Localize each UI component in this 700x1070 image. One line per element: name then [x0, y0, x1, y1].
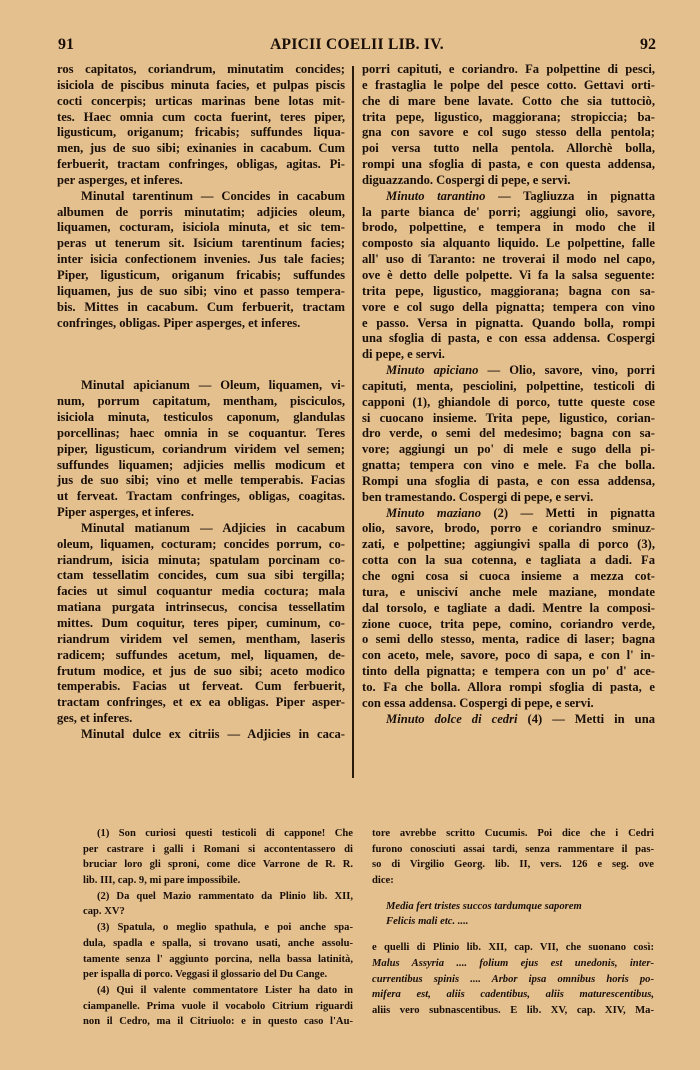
text-line: zati, e polpettine; aggiungivi spalla di…: [362, 537, 655, 553]
text-line: porcellinas; haec omnia in se coquantur.…: [57, 426, 345, 442]
text-line: riandrum, isicia minuta; spatulam porcin…: [57, 553, 345, 569]
footnote-line: ciampanelle. Prima vuole il vocabolo Cit…: [83, 999, 353, 1015]
text-line: temperabis. Facias ut ferveat. Cum ferbu…: [57, 679, 345, 695]
recipe-heading-line: Minuto tarantino — Tagliuzza in pignatta: [362, 189, 655, 205]
virgil-quote-line: Felicis mali etc. ....: [372, 914, 654, 930]
text-line: ben tramestando. Cospergi di pepe, e ser…: [362, 490, 655, 506]
text-line: e frastaglia le polpe del pesce cotto. G…: [362, 78, 655, 94]
text-line: ligusticum, origanum; fricabis; suffunde…: [57, 125, 345, 141]
text-line: che di mare bene lavate. Cotto che sia t…: [362, 94, 655, 110]
footnote-3: (3) Spatula, o meglio spathula, e poi an…: [83, 920, 353, 936]
text-line: Piper, ligusticum, origanum fricabis; su…: [57, 268, 345, 284]
text-line: albumen de porris minutatim; adjicies ol…: [57, 205, 345, 221]
footnotes-left: (1) Son curiosi questi testicoli di capp…: [83, 826, 353, 1030]
text-line: confringes, obligas. Piper asperges, et …: [57, 316, 345, 332]
text-line: cocti concerpis; urticas marinas bene lo…: [57, 94, 345, 110]
text-line: Piper asperges, et inferes.: [57, 505, 345, 521]
text-line: si cuocano insieme. Trita pepe, ligustic…: [362, 411, 655, 427]
text-line: vore e col sugo della pignatta; tempera …: [362, 300, 655, 316]
text-line: trita pepe, ligustico, maggiorana; strop…: [362, 110, 655, 126]
recipe-heading-line: Minutal apicianum — Oleum, liquamen, vi-: [57, 378, 345, 394]
text-line: gnatta; tempera con vino e mele. Fa che …: [362, 458, 655, 474]
text-line: peras ut tenerum sit. Isicium tarentinum…: [57, 236, 345, 252]
text-line: matiana purgata intrinsecus, concisa tes…: [57, 600, 345, 616]
text-line: oleum, liquamen, cocturam; concides porr…: [57, 537, 345, 553]
footnote-line: aliis vero subnascentibus. E lib. XV, ca…: [372, 1003, 654, 1019]
footnote-line: tamente senza l' aggiunto porcina, nella…: [83, 952, 353, 968]
recipe-title: Minuto dolce di cedri: [386, 712, 517, 726]
text-line: num, porrum capitatum, mentham, piscicul…: [57, 394, 345, 410]
text-line: bis. Mittes in cacabum. Cum ferbuerit, t…: [57, 300, 345, 316]
text-line: liquamen, jus de suo sibi; vino et passo…: [57, 284, 345, 300]
footnote-line: lib. III, cap. 9, mi pare impossibile.: [83, 873, 353, 889]
text-line: composto sia alquanto liquido. Le polpet…: [362, 236, 655, 252]
footnote-line: cap. XV?: [83, 904, 353, 920]
text-line: dro verde, o semi del medesimo; bagna co…: [362, 426, 655, 442]
text-line: tes. Haec omnia cum cocta fuerint, teres…: [57, 110, 345, 126]
text-line: tura, e unisciví anche mele maziane, mon…: [362, 585, 655, 601]
text-line: dal torsolo, e tagliate a dadi. Mentre l…: [362, 601, 655, 617]
text-line: zione cuoce, trita pepe, comino, coriand…: [362, 617, 655, 633]
pliny-quote-line: Malus Assyria .... folium ejus est unedo…: [372, 956, 654, 972]
text-line: capituti, menta, pesciolini, polpettine,…: [362, 379, 655, 395]
column-divider: [352, 66, 354, 778]
text-line: una sfoglia di pasta, e con essa addensa…: [362, 331, 655, 347]
footnote-4: (4) Qui il valente commentatore Lister h…: [83, 983, 353, 999]
text-line: rompi una sfoglia di pasta, e con questa…: [362, 157, 655, 173]
paragraph-gap: [57, 331, 345, 378]
virgil-quote-line: Media fert tristes succos tardumque sapo…: [372, 899, 654, 915]
text-line: isiciola minuta, testiculos caponum, gla…: [57, 410, 345, 426]
text-line: vore; aggiungi un po' di mele e sugo del…: [362, 442, 655, 458]
italian-column: porri capituti, e coriandro. Fa polpetti…: [362, 62, 655, 727]
recipe-heading-line: Minutal tarentinum — Concides in cacabum: [57, 189, 345, 205]
footnote-2: (2) Da quel Mazio rammentato da Plinio l…: [83, 889, 353, 905]
text-line: di pepe, e servi.: [362, 347, 655, 363]
footnote-line: bruciar loro gli sproni, come dice Varro…: [83, 857, 353, 873]
text-line: to. Fa che bolla. Allora rompi sfoglia d…: [362, 680, 655, 696]
page-header: 91 APICII COELII LIB. IV. 92: [58, 36, 656, 58]
pliny-quote-line: mifera est, aliis cadentibus, aliis matu…: [372, 987, 654, 1003]
footnote-line: non il Cedro, ma il Citriuolo: e in ques…: [83, 1014, 353, 1030]
text-line: ros capitatos, coriandrum, minutatim con…: [57, 62, 345, 78]
footnote-line: so di Virgilio Georg. lib. II, vers. 126…: [372, 857, 654, 873]
text-segment: (4) — Metti in una: [517, 712, 655, 726]
text-line: con essa addensa. Cospergi di pepe, e se…: [362, 696, 655, 712]
text-line: inter isicia confectionem invenies. Jus …: [57, 252, 345, 268]
text-line: facies ut simul coquantur media coctura;…: [57, 584, 345, 600]
pliny-quote-line: currentibus spinis .... Arbor ipsa omnib…: [372, 972, 654, 988]
recipe-heading-line: Minuto maziano (2) — Metti in pignatta: [362, 506, 655, 522]
recipe-title: Minuto apiciano: [386, 363, 478, 377]
footnote-line: tore avrebbe scritto Cucumis. Poi dice c…: [372, 826, 654, 842]
footnote-line: dula, spadla e spalla, si trovano usati,…: [83, 936, 353, 952]
text-line: Rompi una sfoglia di pasta, e con essa a…: [362, 474, 655, 490]
text-line: gna con savore e col sugo stesso della p…: [362, 125, 655, 141]
text-line: suffundes liquamen; adjicies mellis modi…: [57, 458, 345, 474]
latin-column: ros capitatos, coriandrum, minutatim con…: [57, 62, 345, 743]
footnote-line: dice:: [372, 873, 654, 889]
text-line: diguazzando. Cospergi di pepe, e servi.: [362, 173, 655, 189]
text-line: porri capituti, e coriandro. Fa polpetti…: [362, 62, 655, 78]
text-line: capponi (1), ghiandole di porco, tutte q…: [362, 395, 655, 411]
text-line: piper, ligusticum, coriandrum viridem ve…: [57, 442, 345, 458]
text-line: radicem; suffundes acetum, mel, liquamen…: [57, 648, 345, 664]
text-segment: (2) — Metti in pignatta: [481, 506, 655, 520]
text-line: riandrum viridem vel semen, mentham, las…: [57, 632, 345, 648]
footnote-1: (1) Son curiosi questi testicoli di capp…: [83, 826, 353, 842]
recipe-heading-line: Minuto dolce di cedri (4) — Metti in una: [362, 712, 655, 728]
text-line: liquamen, cocturam, isiciola minuta, et …: [57, 220, 345, 236]
text-line: isiciola de piscibus minuta facies, et p…: [57, 78, 345, 94]
text-segment: — Tagliuzza in pignatta: [485, 189, 655, 203]
quote-gap: [372, 930, 654, 940]
text-line: men, jus de suo sibi; exinanies in cacab…: [57, 141, 345, 157]
text-line: mittes. Dum coquitur, teres piper, cumin…: [57, 616, 345, 632]
text-line: frutum modice, et jus de suo sibi; aceto…: [57, 664, 345, 680]
text-line: ut ferveat. Tractam confringes, obligas,…: [57, 489, 345, 505]
page-number-right: 92: [640, 36, 656, 54]
footnotes-right: tore avrebbe scritto Cucumis. Poi dice c…: [372, 826, 654, 1019]
footnote-line: furono conosciuti assai tardi, senza ram…: [372, 842, 654, 858]
running-title: APICII COELII LIB. IV.: [58, 36, 656, 54]
text-line: tractam confringes, et ex ea obligas. Pi…: [57, 695, 345, 711]
text-line: che ogni cosa si cuoca insieme a mezza c…: [362, 569, 655, 585]
text-line: tinto della pignatta; e tempera con un p…: [362, 664, 655, 680]
footnote-line: per castrare i galli i Romani si acconte…: [83, 842, 353, 858]
text-line: brodo, polpettine, e tempera in modo che…: [362, 220, 655, 236]
text-line: ove è detto delle polpette. Vi fa la sal…: [362, 268, 655, 284]
footnote-line: e quelli di Plinio lib. XII, cap. VII, c…: [372, 940, 654, 956]
text-line: con aceto, mele, savore, poco di sapa, e…: [362, 648, 655, 664]
text-line: o semi dello stesso, menta, radice di la…: [362, 632, 655, 648]
text-line: jus de suo sibi; vino et melle temperabi…: [57, 473, 345, 489]
text-line: e passo. Versa in pignatta. Quando bolla…: [362, 316, 655, 332]
text-line: ferbuerit, tractam confringes, obligas, …: [57, 157, 345, 173]
text-line: olio, savore, brodo, porro e coriandro s…: [362, 521, 655, 537]
footnote-line: per ispalla di porco. Veggasi il glossar…: [83, 967, 353, 983]
recipe-title: Minuto maziano: [386, 506, 481, 520]
text-line: ges, et inferes.: [57, 711, 345, 727]
recipe-heading-line: Minuto apiciano — Olio, savore, vino, po…: [362, 363, 655, 379]
text-line: trita pepe, ligustico, maggiorana; bagna…: [362, 284, 655, 300]
text-segment: — Olio, savore, vino, porri: [478, 363, 655, 377]
text-line: cotta con la sua cotenna, e tagliata a d…: [362, 553, 655, 569]
text-line: la parte bianca de' porri; aggiungi olio…: [362, 205, 655, 221]
recipe-heading-line: Minutal dulce ex citriis — Adjicies in c…: [57, 727, 345, 743]
text-line: ctam tessellatim concides, cum sua sibi …: [57, 568, 345, 584]
text-line: poi versa tutto nella pentola. Allorchè …: [362, 141, 655, 157]
recipe-heading-line: Minutal matianum — Adjicies in cacabum: [57, 521, 345, 537]
text-line: all' uso di Taranto: ne troverai il modo…: [362, 252, 655, 268]
recipe-title: Minuto tarantino: [386, 189, 485, 203]
text-line: per asperges, et inferes.: [57, 173, 345, 189]
quote-gap: [372, 889, 654, 899]
